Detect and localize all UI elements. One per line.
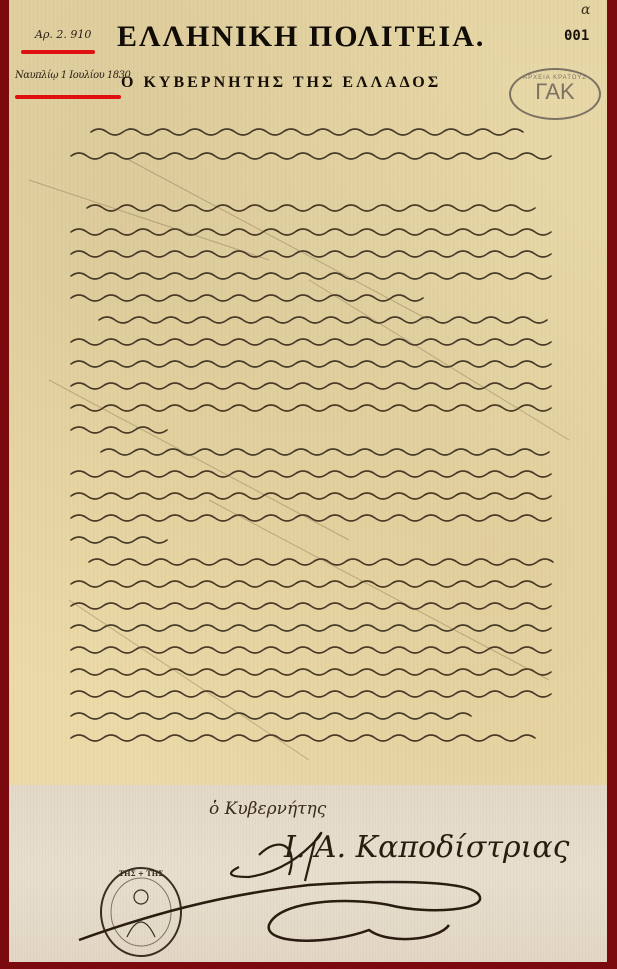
reference-number: Αρ. 2. 910: [35, 28, 91, 41]
document-subtitle: Ο ΚΥΒΕΡΝΗΤΗΣ ΤΗΣ ΕΛΛΑΔΟΣ: [121, 74, 441, 92]
signature-icon: Ι. Α. Καποδίστριας: [9, 785, 607, 962]
handwritten-date: Ναυπλίῳ 1 Ιουλίου 1830: [15, 70, 130, 81]
document-frame: α Αρ. 2. 910 ΕΛΛΗΝΙΚΗ ΠΟΛΙΤΕΙΑ. 001 Ναυπ…: [9, 0, 607, 962]
reference-underline: [21, 50, 95, 54]
stamp-label: ΓΑΚ: [511, 81, 599, 103]
date-underline: [15, 95, 121, 99]
handwritten-body-text: [9, 120, 607, 785]
corner-mark: α: [581, 2, 590, 18]
manuscript-page: α Αρ. 2. 910 ΕΛΛΗΝΙΚΗ ΠΟΛΙΤΕΙΑ. 001 Ναυπ…: [9, 0, 607, 785]
document-title: ΕΛΛΗΝΙΚΗ ΠΟΛΙΤΕΙΑ.: [117, 20, 485, 54]
document-number: 001: [564, 28, 589, 44]
signature-area: ὁ Κυβερνήτης ΤΗΣ + ΤΗΣ Ι. Α. Καποδίστρια…: [9, 785, 607, 962]
archive-stamp: ΑΡΧΕΙΑ ΚΡΑΤΟΥΣ ΓΑΚ: [509, 68, 601, 120]
signature-text: Ι. Α. Καποδίστριας: [283, 830, 570, 865]
